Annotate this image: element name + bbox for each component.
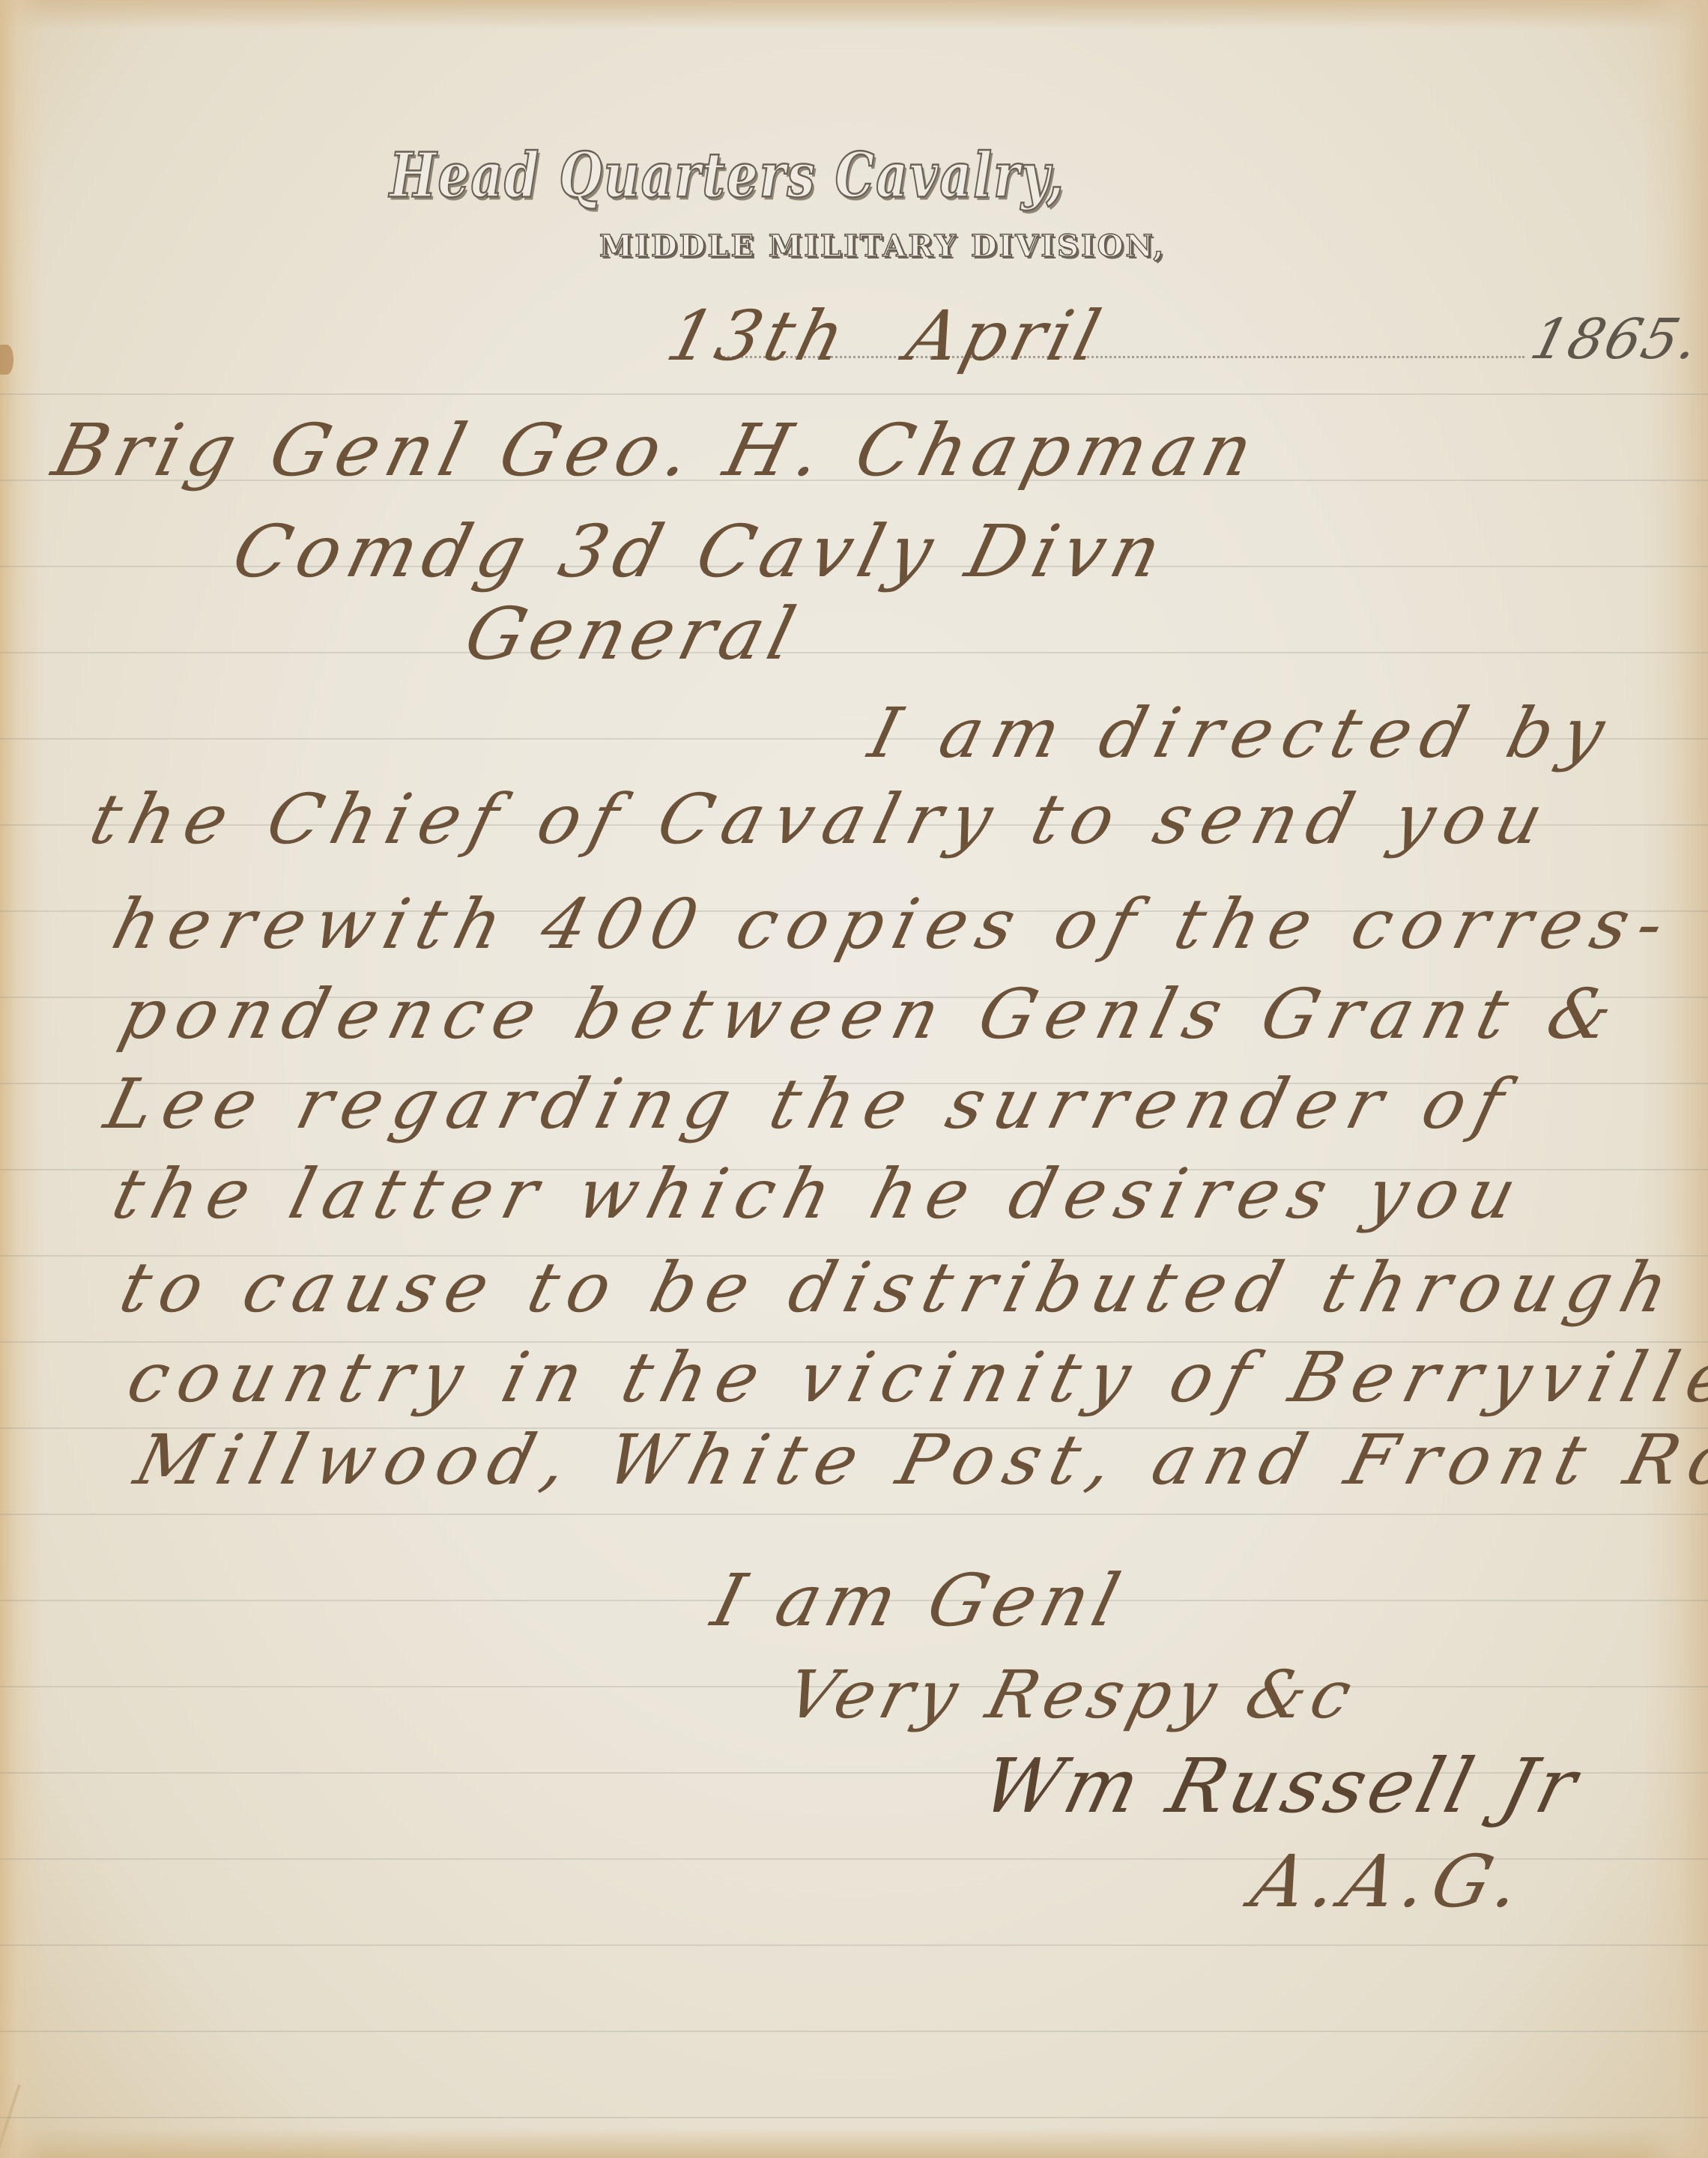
body-line: Millwood, White Post, and Front Royal xyxy=(127,1420,1708,1500)
body-line: the latter which he desires you xyxy=(105,1154,1534,1234)
letterhead-title: Head Quarters Cavalry, xyxy=(390,139,1065,212)
addressee-command: Comdg 3d Cavly Divn xyxy=(225,510,1177,593)
ruled-line xyxy=(0,393,1708,395)
body-line: herewith 400 copies of the corres- xyxy=(105,884,1683,964)
aged-edge-bottom xyxy=(0,2128,1708,2158)
signature: Wm Russell Jr xyxy=(974,1742,1590,1830)
letter-page: Head Quarters Cavalry, MIDDLE MILITARY D… xyxy=(0,0,1708,2158)
letterhead-subtitle: MIDDLE MILITARY DIVISION, xyxy=(599,229,1166,264)
closing-line: Very Respy &c xyxy=(779,1656,1365,1733)
closing-line: I am Genl xyxy=(704,1559,1133,1642)
body-line: the Chief of Cavalry to send you xyxy=(82,779,1561,859)
body-line: I am directed by xyxy=(861,693,1623,773)
ruled-line xyxy=(0,2031,1708,2032)
ruled-line xyxy=(0,1514,1708,1515)
paper-stain xyxy=(0,345,13,375)
ruled-line xyxy=(0,652,1708,653)
aged-edge-left xyxy=(0,0,45,2158)
date-year: 1865. xyxy=(1524,307,1707,372)
addressee-name: Brig Genl Geo. H. Chapman xyxy=(45,408,1268,492)
salutation: General xyxy=(457,592,809,676)
signer-title: A.A.G. xyxy=(1244,1840,1536,1923)
body-line: country in the vicinity of Berryville, xyxy=(120,1338,1708,1418)
body-line: Lee regarding the surrender of xyxy=(97,1064,1522,1144)
body-line: to cause to be distributed through the xyxy=(112,1248,1708,1328)
date-day: 13th xyxy=(659,296,857,376)
date-month: April xyxy=(899,296,1112,376)
ruled-line xyxy=(0,1944,1708,1946)
ruled-line xyxy=(0,2117,1708,2118)
body-line: pondence between Genls Grant & xyxy=(112,974,1631,1054)
aged-edge-top xyxy=(0,0,1708,30)
